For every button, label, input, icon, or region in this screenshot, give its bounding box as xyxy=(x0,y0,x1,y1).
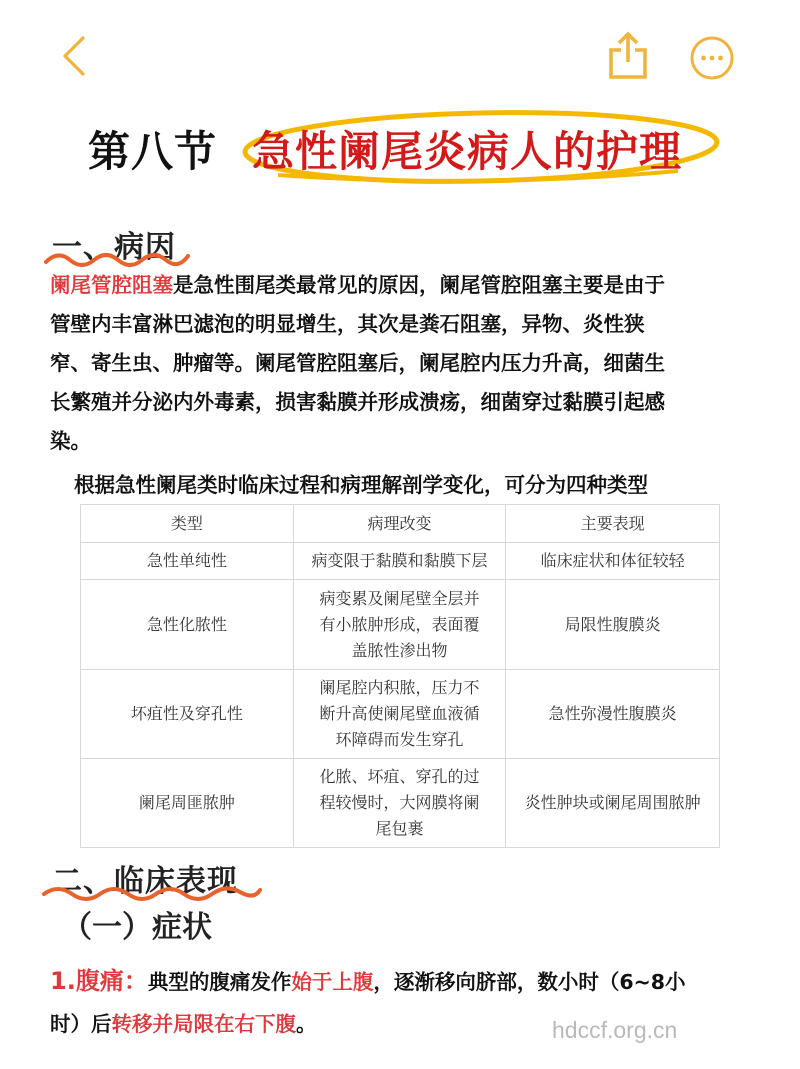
table-cell: 化脓、坏疽、穿孔的过程较慢时，大网膜将阑尾包裹 xyxy=(293,759,506,848)
table-cell: 局限性腹膜炎 xyxy=(506,580,720,670)
top-bar xyxy=(0,0,800,110)
table-cell: 病变累及阑尾壁全层并有小脓肿形成，表面覆盖脓性渗出物 xyxy=(293,580,506,670)
symptom-text: ，逐渐移向脐部，数小时（6~8小 xyxy=(373,970,685,994)
table-cell: 病变限于黏膜和黏膜下层 xyxy=(293,543,506,580)
paragraph-line: 窄、寄生虫、肿瘤等。阑尾管腔阻塞后，阑尾腔内压力升高，细菌生 xyxy=(50,344,750,383)
chevron-left-icon xyxy=(55,30,95,80)
share-button[interactable] xyxy=(606,30,652,82)
table-cell: 急性化脓性 xyxy=(81,580,294,670)
table-cell: 阑尾腔内积脓，压力不断升高使阑尾壁血液循环障碍而发生穿孔 xyxy=(293,670,506,759)
symptom-text: 时）后 xyxy=(50,1012,112,1036)
table-header: 主要表现 xyxy=(506,505,720,543)
table-row: 急性单纯性 病变限于黏膜和黏膜下层 临床症状和体征较轻 xyxy=(81,543,720,580)
symptom-text: 。 xyxy=(296,1012,317,1036)
symptom-text: 典型的腹痛发作 xyxy=(148,970,292,994)
table-row: 急性化脓性 病变累及阑尾壁全层并有小脓肿形成，表面覆盖脓性渗出物 局限性腹膜炎 xyxy=(81,580,720,670)
paragraph-line: 染。 xyxy=(50,422,750,461)
symptom-highlight: 转移并局限在右下腹 xyxy=(112,1012,297,1036)
table-cell: 临床症状和体征较轻 xyxy=(506,543,720,580)
paragraph-line: 长繁殖并分泌内外毒素，损害黏膜并形成溃疡，细菌穿过黏膜引起感 xyxy=(50,383,750,422)
paragraph-line: 管壁内丰富淋巴滤泡的明显增生，其次是粪石阻塞，异物、炎性狭 xyxy=(50,305,750,344)
table-header: 类型 xyxy=(81,505,294,543)
table-row: 坏疽性及穿孔性 阑尾腔内积脓，压力不断升高使阑尾壁血液循环障碍而发生穿孔 急性弥… xyxy=(81,670,720,759)
paragraph-line: 是急性围尾类最常见的原因，阑尾管腔阻塞主要是由于 xyxy=(173,273,665,297)
page-title: 第八节 急性阑尾炎病人的护理 xyxy=(0,105,800,195)
back-button[interactable] xyxy=(55,30,95,80)
symptom-highlight: 始于上腹 xyxy=(291,970,373,994)
title-prefix: 第八节 xyxy=(88,119,217,179)
highlight-term: 阑尾管腔阻塞 xyxy=(50,273,173,297)
subheading-symptoms: （一）症状 xyxy=(62,902,212,946)
table-cell: 阑尾周匪脓肿 xyxy=(81,759,294,848)
table-header: 病理改变 xyxy=(293,505,506,543)
more-horizontal-circle-icon xyxy=(688,34,736,82)
table-cell: 急性单纯性 xyxy=(81,543,294,580)
table-cell: 急性弥漫性腹膜炎 xyxy=(506,670,720,759)
more-button[interactable] xyxy=(688,34,736,82)
table-header-row: 类型 病理改变 主要表现 xyxy=(81,505,720,543)
table-cell: 炎性肿块或阑尾周围脓肿 xyxy=(506,759,720,848)
cause-paragraph: 阑尾管腔阻塞是急性围尾类最常见的原因，阑尾管腔阻塞主要是由于 管壁内丰富淋巴滤泡… xyxy=(50,266,750,461)
appendicitis-types-table: 类型 病理改变 主要表现 急性单纯性 病变限于黏膜和黏膜下层 临床症状和体征较轻… xyxy=(80,504,720,848)
title-main: 急性阑尾炎病人的护理 xyxy=(252,119,682,179)
table-cell: 坏疽性及穿孔性 xyxy=(81,670,294,759)
table-caption: 根据急性阑尾类时临床过程和病理解剖学变化，可分为四种类型 xyxy=(74,468,648,498)
table-row: 阑尾周匪脓肿 化脓、坏疽、穿孔的过程较慢时，大网膜将阑尾包裹 炎性肿块或阑尾周围… xyxy=(81,759,720,848)
watermark: hdccf.org.cn xyxy=(552,1017,677,1044)
share-icon xyxy=(606,30,652,82)
symptom-label: 1.腹痛： xyxy=(50,967,148,995)
squiggle-underline-icon xyxy=(42,882,262,904)
